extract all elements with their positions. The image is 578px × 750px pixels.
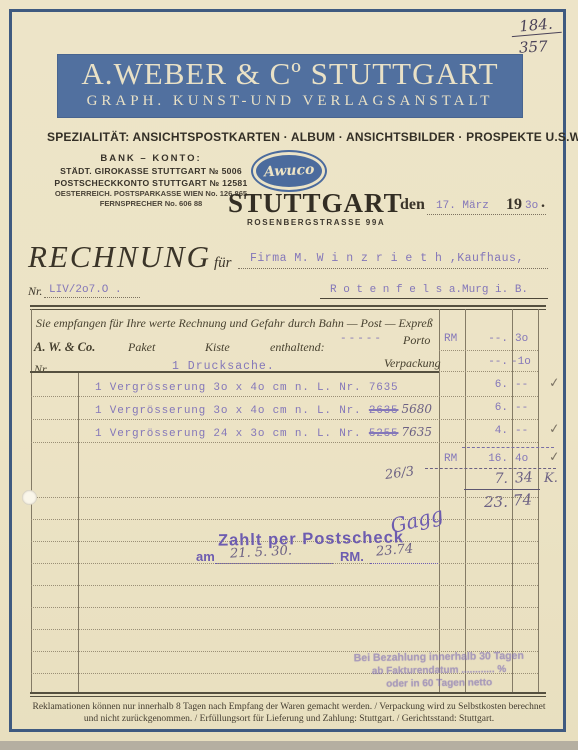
item-pfennig: -- <box>515 425 528 437</box>
total-mark: 16. <box>466 453 508 465</box>
item-text: 1 Vergrösserung 3o x 4o cm n. L. Nr. <box>95 405 369 417</box>
total-dashed-rule <box>462 447 554 448</box>
item-text: 1 Vergrösserung 3o x 4o cm n. L. Nr. 763… <box>95 382 398 394</box>
specialty-line: SPEZIALITÄT: ANSICHTSPOSTKARTEN · ALBUM … <box>47 130 537 144</box>
item-mark: 6. <box>466 379 508 391</box>
invoice-title: RECHNUNG <box>28 239 211 275</box>
street-address: ROSENBERGSTRASSE 99A <box>247 218 385 227</box>
typed-dashes: ----- <box>340 333 383 345</box>
customer-place: R o t e n f e l s a.Murg i. B. <box>330 284 528 296</box>
year-printed: 19 <box>506 196 522 214</box>
total-currency: RM <box>444 453 457 465</box>
table-rule <box>30 692 546 694</box>
paid-am-label: am <box>196 549 215 564</box>
bank-line: STÄDT. GIROKASSE STUTTGART № 5006 <box>40 166 262 176</box>
company-abbr: A. W. & Co. <box>34 340 95 355</box>
logo-oval: Awuco <box>256 155 322 187</box>
customer-rule <box>238 268 548 269</box>
terms-line: Bei Bezahlung innerhalb 30 Tagen <box>328 649 550 664</box>
date-typed: 17. März <box>436 200 489 212</box>
verpackung-mark: --. <box>466 356 508 368</box>
place-rule <box>320 298 548 299</box>
invoice-nr-label: Nr. <box>28 284 42 299</box>
year-period: . <box>541 194 545 212</box>
item-struck: 2635 <box>369 405 399 417</box>
table-rule <box>538 309 539 692</box>
checkmark-icon: ✓ <box>548 421 560 437</box>
item-struck: 5255 <box>369 428 399 440</box>
dashdot-rule <box>425 468 556 469</box>
item-mark: 4. <box>466 425 508 437</box>
item-pfennig: -- <box>515 379 528 391</box>
table-rule <box>31 419 538 420</box>
table-rule <box>31 519 538 520</box>
punch-hole <box>22 490 37 505</box>
item-pfennig: -- <box>515 402 528 414</box>
item-hand-correction: 5680 <box>401 402 432 416</box>
table-rule <box>439 371 538 372</box>
currency-typed: RM <box>444 333 457 345</box>
table-rule <box>31 497 538 498</box>
year-typed: 3o <box>525 200 538 212</box>
stamp-rule <box>370 563 438 564</box>
verpackung-pfennig: -1o <box>511 356 531 368</box>
hand-add-pfennig: 34 <box>514 469 533 486</box>
company-subtitle: GRAPH. KUNST-UND VERLAGSANSTALT <box>57 91 523 111</box>
nr-column-label: Nr. <box>34 362 48 377</box>
porto-label: Porto <box>403 333 430 348</box>
nr-rule <box>44 297 140 298</box>
table-rule <box>30 371 439 373</box>
table-rule <box>31 585 538 586</box>
company-logo: Awuco <box>251 150 327 192</box>
stamp-rule <box>215 563 333 564</box>
terms-stamp: Bei Bezahlung innerhalb 30 Tagen ab Fakt… <box>328 649 551 690</box>
letterhead-banner: A.WEBER & Cº STUTTGART GRAPH. KUNST-UND … <box>57 54 523 118</box>
porto-pfennig: 3o <box>515 333 528 345</box>
company-name: A.WEBER & Cº STUTTGART <box>57 57 523 91</box>
hand-total-pfennig: 74 <box>512 490 532 509</box>
kiste-label: Kiste <box>205 340 230 355</box>
date-rule <box>427 214 546 215</box>
bank-line: POSTSCHECKKONTO STUTTGART № 12581 <box>40 178 262 188</box>
date-label: den <box>400 196 425 214</box>
shipping-clause: Sie empfangen für Ihre werte Rechnung un… <box>36 316 285 331</box>
table-rule <box>30 696 546 697</box>
hand-initial: K. <box>544 471 558 486</box>
checkmark-icon: ✓ <box>548 449 560 465</box>
invoice-nr-value: LIV/2o7.O . <box>49 284 122 296</box>
checkmark-icon: ✓ <box>548 375 560 391</box>
total-pfennig: 4o <box>515 453 528 465</box>
item-row: 1 Vergrösserung 3o x 4o cm n. L. Nr. 763… <box>95 379 401 394</box>
item-row: 1 Vergrösserung 3o x 4o cm n. L. Nr. 263… <box>95 402 432 417</box>
paid-rm-label: RM. <box>340 549 364 564</box>
table-rule <box>439 350 538 351</box>
customer-name: Firma M. W i n z r i e t h ,Kaufhaus, <box>250 252 524 265</box>
invoice-for-label: für <box>214 255 232 272</box>
table-rule <box>31 396 538 397</box>
item-row: 1 Vergrösserung 24 x 3o cm n. L. Nr. 525… <box>95 425 432 440</box>
verpackung-label: Verpackung <box>384 356 441 371</box>
table-rule <box>31 442 538 443</box>
city-name: STUTTGART <box>228 188 403 219</box>
invoice-document: 184. 357 A.WEBER & Cº STUTTGART GRAPH. K… <box>0 0 578 750</box>
footer-line: Reklamationen können nur innerhalb 8 Tag… <box>30 701 548 713</box>
paket-label: Paket <box>128 340 155 355</box>
table-rule <box>31 629 538 630</box>
footer-conditions: Reklamationen können nur innerhalb 8 Tag… <box>30 701 548 725</box>
bank-heading: BANK – KONTO: <box>40 153 262 164</box>
table-rule <box>30 305 546 307</box>
logo-text: Awuco <box>263 162 314 181</box>
via-clause: durch Bahn — Post — Expreß <box>288 316 433 331</box>
table-rule <box>30 309 546 310</box>
item-hand-correction: 7635 <box>401 425 432 439</box>
porto-mark: --. <box>466 333 508 345</box>
photo-edge <box>0 741 578 750</box>
item-mark: 6. <box>466 402 508 414</box>
hand-total-mark: 23. <box>460 493 508 511</box>
footer-line: und nicht zurückgenommen. / Erfüllungsor… <box>30 713 548 725</box>
terms-line: ab Fakturendatum ............ % <box>328 663 550 677</box>
item-text: 1 Vergrösserung 24 x 3o cm n. L. Nr. <box>95 428 369 440</box>
enthaltend-label: enthaltend: <box>270 340 325 355</box>
hand-add-mark: 7. <box>468 471 508 487</box>
table-rule <box>31 607 538 608</box>
